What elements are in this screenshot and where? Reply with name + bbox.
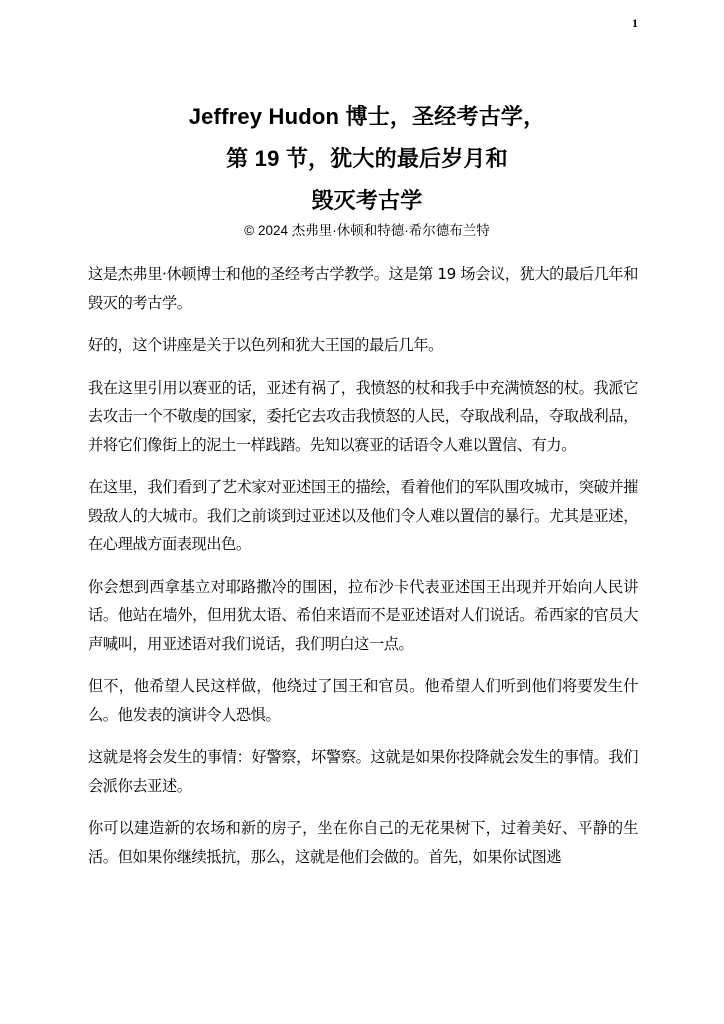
copyright-line: © 2024 杰弗里·休顿和特德·希尔德布兰特 [0,220,724,242]
document-title-block: Jeffrey Hudon 博士，圣经考古学， 第 19 节，犹大的最后岁月和 … [0,96,724,242]
paragraph-bypass-king: 但不，他希望人民这样做，他绕过了国王和官员。他希望人们听到他们将要发生什么。他发… [88,672,638,729]
document-body: 这是杰弗里·休顿博士和他的圣经考古学教学。这是第 19 场会议，犹大的最后几年和… [88,260,638,885]
document-title-line-3: 毁灭考古学 [0,180,724,222]
document-title-line-1: Jeffrey Hudon 博士，圣经考古学， [0,96,724,138]
page-number: 1 [632,16,638,31]
paragraph-isaiah-quote: 我在这里引用以赛亚的话，亚述有祸了，我愤怒的杖和我手中充满愤怒的杖。我派它去攻击… [88,374,638,460]
paragraph-siege-of-jerusalem: 你会想到西拿基立对耶路撒冷的围困，拉布沙卡代表亚述国王出现并开始向人民讲话。他站… [88,573,638,659]
paragraph-lecture-topic: 好的，这个讲座是关于以色列和犹大王国的最后几年。 [88,331,638,360]
paragraph-fig-tree: 你可以建造新的农场和新的房子，坐在你自己的无花果树下，过着美好、平静的生活。但如… [88,814,638,871]
paragraph-intro: 这是杰弗里·休顿博士和他的圣经考古学教学。这是第 19 场会议，犹大的最后几年和… [88,260,638,317]
paragraph-assyrian-depiction: 在这里，我们看到了艺术家对亚述国王的描绘，看着他们的军队围攻城市，突破并摧毁敌人… [88,473,638,559]
paragraph-good-cop-bad-cop: 这就是将会发生的事情：好警察，坏警察。这就是如果你投降就会发生的事情。我们会派你… [88,743,638,800]
document-title-line-2: 第 19 节，犹大的最后岁月和 [0,138,724,180]
